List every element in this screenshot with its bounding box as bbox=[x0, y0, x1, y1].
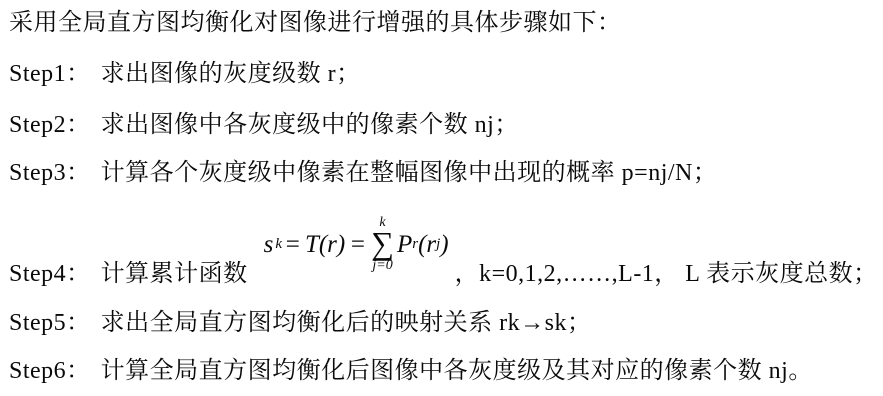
step2-label: Step2： bbox=[9, 112, 91, 138]
cumulative-function-formula: sk = T(r) = k ∑ j=0 Pr(rj) bbox=[262, 215, 449, 273]
step1-text: 求出图像的灰度级数 r； bbox=[101, 61, 361, 87]
step3-line: Step3：计算各个灰度级中像素在整幅图像中出现的概率 p=nj/N； bbox=[9, 158, 717, 188]
formula-arg-var: r bbox=[426, 232, 436, 257]
step5-line: Step5：求出全局直方图均衡化后的映射关系 rk→sk； bbox=[9, 308, 592, 338]
step2-text: 求出图像中各灰度级中的像素个数 nj； bbox=[101, 112, 519, 138]
step6-line: Step6：计算全局直方图均衡化后图像中各灰度级及其对应的像素个数 nj。 bbox=[9, 356, 813, 386]
step6-label: Step6： bbox=[9, 358, 91, 384]
step5-label: Step5： bbox=[9, 310, 91, 336]
formula-equals-2: = bbox=[349, 232, 366, 257]
formula-lhs-var: s bbox=[264, 232, 274, 257]
document-page: 采用全局直方图均衡化对图像进行增强的具体步骤如下： Step1：求出图像的灰度级… bbox=[0, 0, 883, 396]
step3-text: 计算各个灰度级中像素在整幅图像中出现的概率 p=nj/N； bbox=[101, 160, 718, 186]
step5-text: 求出全局直方图均衡化后的映射关系 rk→sk； bbox=[101, 310, 592, 336]
step4-line: Step4：计算累计函数 sk = T(r) = k ∑ j=0 Pr(rj) … bbox=[9, 203, 878, 289]
step4-text: 计算累计函数 bbox=[101, 259, 248, 289]
step3-label: Step3： bbox=[9, 160, 91, 186]
formula-equals-1: = bbox=[284, 232, 301, 257]
formula-arg-open: ( bbox=[418, 232, 426, 257]
formula-transform-call: T(r) bbox=[305, 232, 345, 257]
step4-tail: ，k=0,1,2,……,L-1， L 表示灰度总数； bbox=[455, 259, 878, 289]
page-title: 采用全局直方图均衡化对图像进行增强的具体步骤如下： bbox=[9, 8, 622, 38]
summation-block: k ∑ j=0 bbox=[371, 215, 394, 273]
formula-probability-var: P bbox=[397, 232, 412, 257]
step1-line: Step1：求出图像的灰度级数 r； bbox=[9, 59, 361, 89]
step2-line: Step2：求出图像中各灰度级中的像素个数 nj； bbox=[9, 110, 519, 140]
formula-arg-close: ) bbox=[440, 232, 448, 257]
sigma-symbol: ∑ bbox=[371, 230, 394, 257]
formula-lhs-sub: k bbox=[275, 237, 282, 252]
step1-label: Step1： bbox=[9, 61, 91, 87]
summation-lower-limit: j=0 bbox=[372, 258, 392, 273]
step4-label: Step4： bbox=[9, 259, 91, 289]
step6-text: 计算全局直方图均衡化后图像中各灰度级及其对应的像素个数 nj。 bbox=[101, 358, 813, 384]
